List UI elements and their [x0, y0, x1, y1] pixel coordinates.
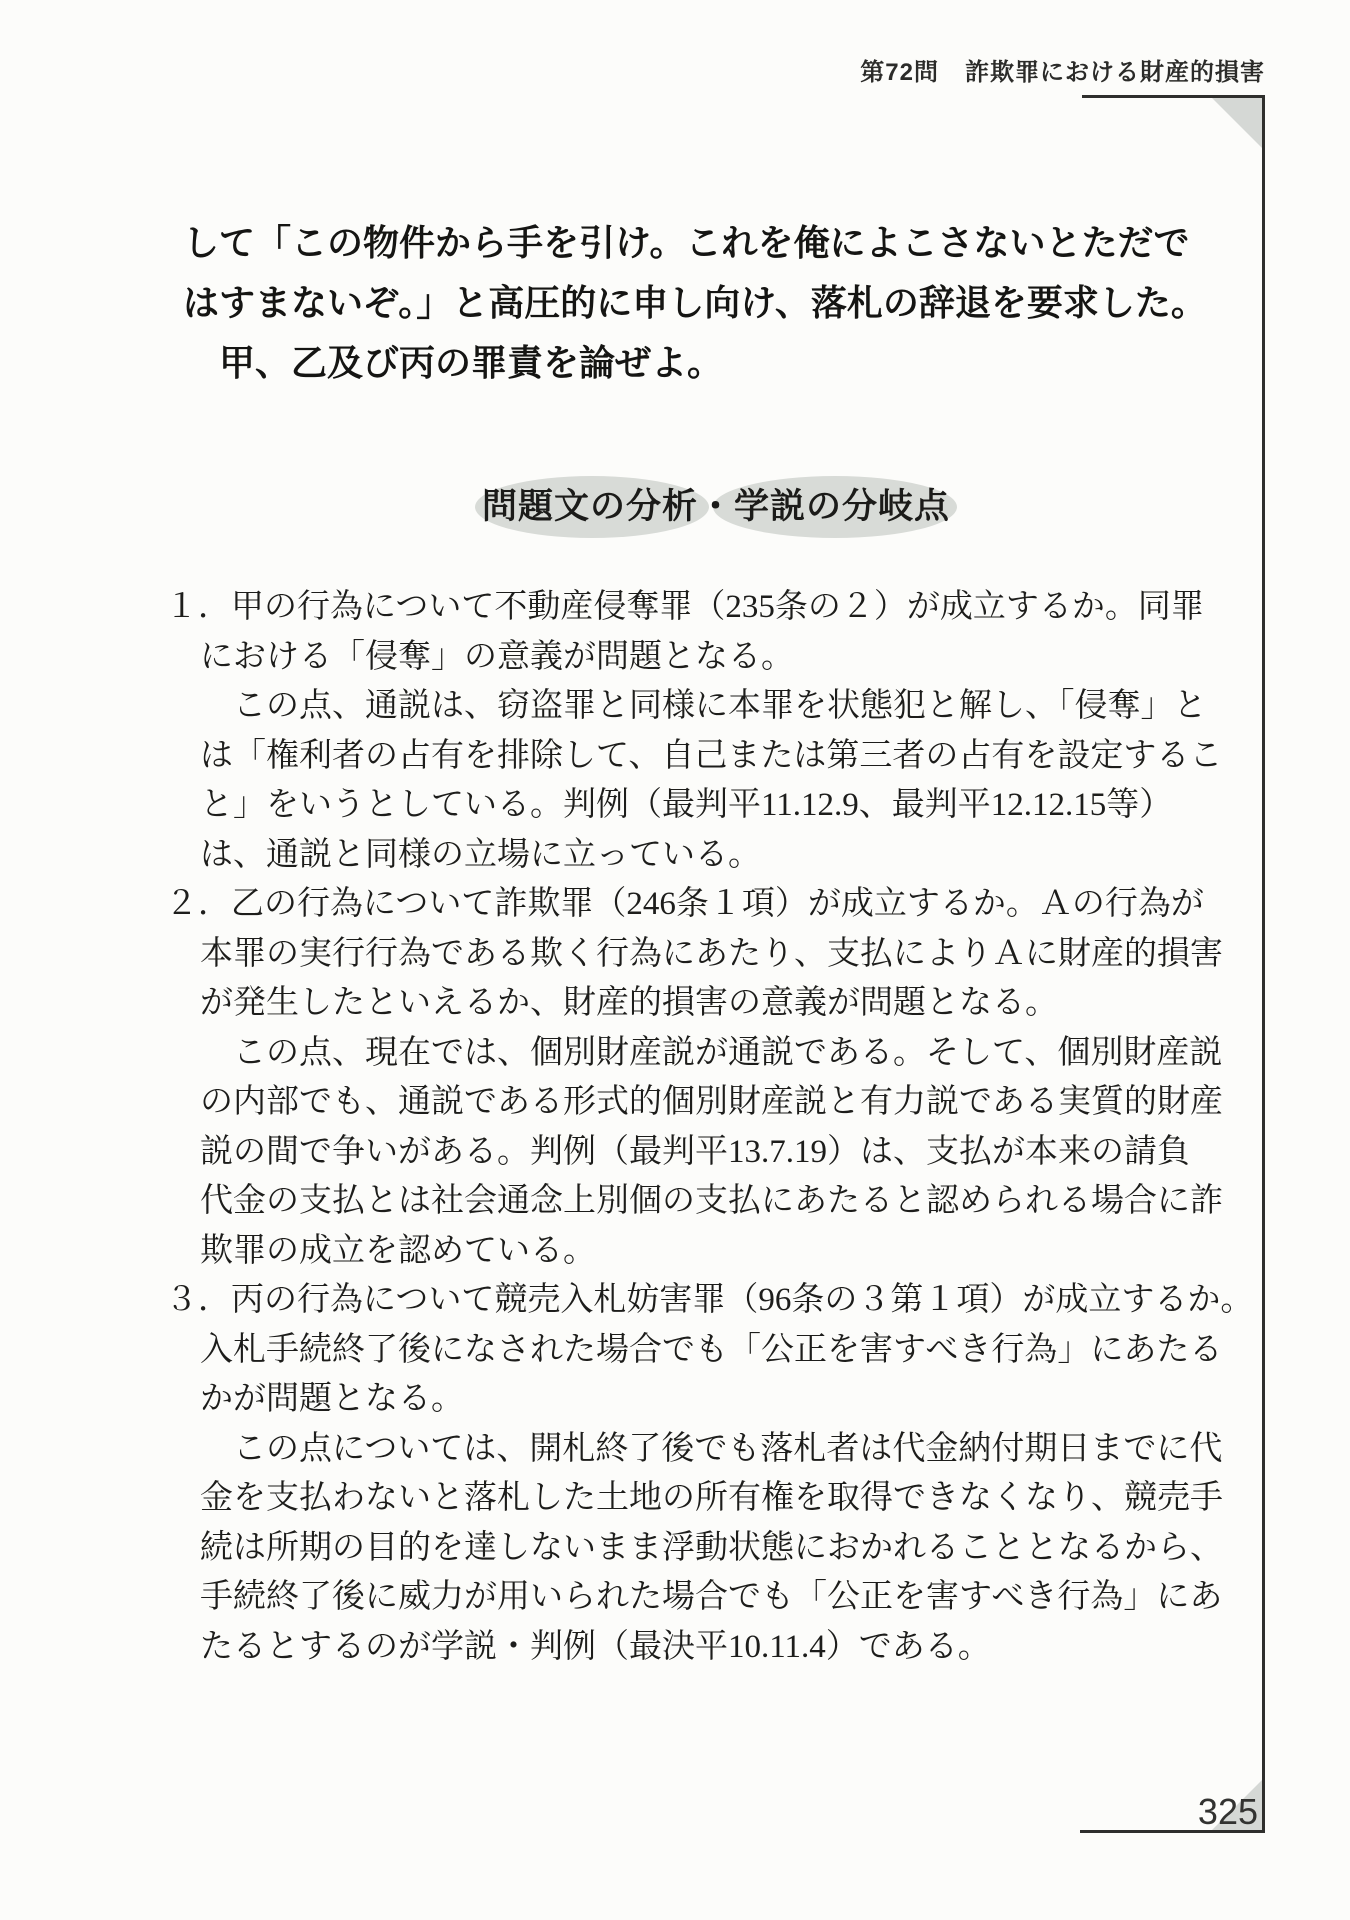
analysis-line: たるとするのが学説・判例（最決平10.11.4）である。 [165, 1623, 1255, 1673]
problem-line: して「この物件から手を引け。これを俺によこさないとただで [183, 213, 1228, 273]
frame-rule-top [1082, 95, 1265, 98]
analysis-line: この点については、開札終了後でも落札者は代金納付期日までに代 [165, 1425, 1255, 1475]
problem-line: 甲、乙及び丙の罪責を論ぜよ。 [183, 333, 1228, 393]
analysis-line: 入札手続終了後になされた場合でも「公正を害すべき行為」にあたる [165, 1326, 1255, 1376]
analysis-line: と」をいうとしている。判例（最判平11.12.9、最判平12.12.15等） [165, 781, 1255, 831]
analysis-line: 本罪の実行行為である欺く行為にあたり、支払によりＡに財産的損害 [165, 930, 1255, 980]
analysis-line: １．甲の行為について不動産侵奪罪（235条の２）が成立するか。同罪 [165, 583, 1255, 633]
analysis-body: １．甲の行為について不動産侵奪罪（235条の２）が成立するか。同罪における「侵奪… [165, 583, 1255, 1672]
section-heading-label: 問題文の分析・学説の分岐点 [475, 476, 957, 538]
problem-line: はすまないぞ。」と高圧的に申し向け、落札の辞退を要求した。 [183, 273, 1228, 333]
frame-rule-right [1262, 95, 1265, 1833]
analysis-line: かが問題となる。 [165, 1375, 1255, 1425]
analysis-line: は「権利者の占有を排除して、自己または第三者の占有を設定するこ [165, 732, 1255, 782]
analysis-line: ２．乙の行為について詐欺罪（246条１項）が成立するか。Ａの行為が [165, 880, 1255, 930]
analysis-line: 手続終了後に威力が用いられた場合でも「公正を害すべき行為」にあ [165, 1573, 1255, 1623]
analysis-line: 金を支払わないと落札した土地の所有権を取得できなくなり、競売手 [165, 1474, 1255, 1524]
corner-fold-top-decoration [1212, 98, 1262, 148]
chapter-title: 詐欺罪における財産的損害 [965, 59, 1265, 86]
analysis-line: ３．丙の行為について競売入札妨害罪（96条の３第１項）が成立するか。 [165, 1276, 1255, 1326]
analysis-line: 欺罪の成立を認めている。 [165, 1227, 1255, 1277]
analysis-line: この点、現在では、個別財産説が通説である。そして、個別財産説 [165, 1029, 1255, 1079]
analysis-line: この点、通説は、窃盗罪と同様に本罪を状態犯と解し、「侵奪」と [165, 682, 1255, 732]
analysis-line: における「侵奪」の意義が問題となる。 [165, 633, 1255, 683]
running-head: 第72問詐欺罪における財産的損害 [860, 52, 1265, 87]
analysis-line: の内部でも、通説である形式的個別財産説と有力説である実質的財産 [165, 1078, 1255, 1128]
chapter-number: 第72問 [860, 59, 939, 86]
analysis-line: 代金の支払とは社会通念上別個の支払にあたると認められる場合に詐 [165, 1177, 1255, 1227]
analysis-line: は、通説と同様の立場に立っている。 [165, 831, 1255, 881]
analysis-line: 説の間で争いがある。判例（最判平13.7.19）は、支払が本来の請負 [165, 1128, 1255, 1178]
problem-statement: して「この物件から手を引け。これを俺によこさないとただではすまないぞ。」と高圧的… [183, 213, 1228, 393]
analysis-line: 続は所期の目的を達しないまま浮動状態におかれることとなるから、 [165, 1524, 1255, 1574]
page-number: 325 [1150, 1791, 1258, 1833]
analysis-line: が発生したといえるか、財産的損害の意義が問題となる。 [165, 979, 1255, 1029]
book-page: 第72問詐欺罪における財産的損害 して「この物件から手を引け。これを俺によこさな… [0, 0, 1350, 1920]
section-heading-badge: 問題文の分析・学説の分岐点 [475, 476, 957, 538]
